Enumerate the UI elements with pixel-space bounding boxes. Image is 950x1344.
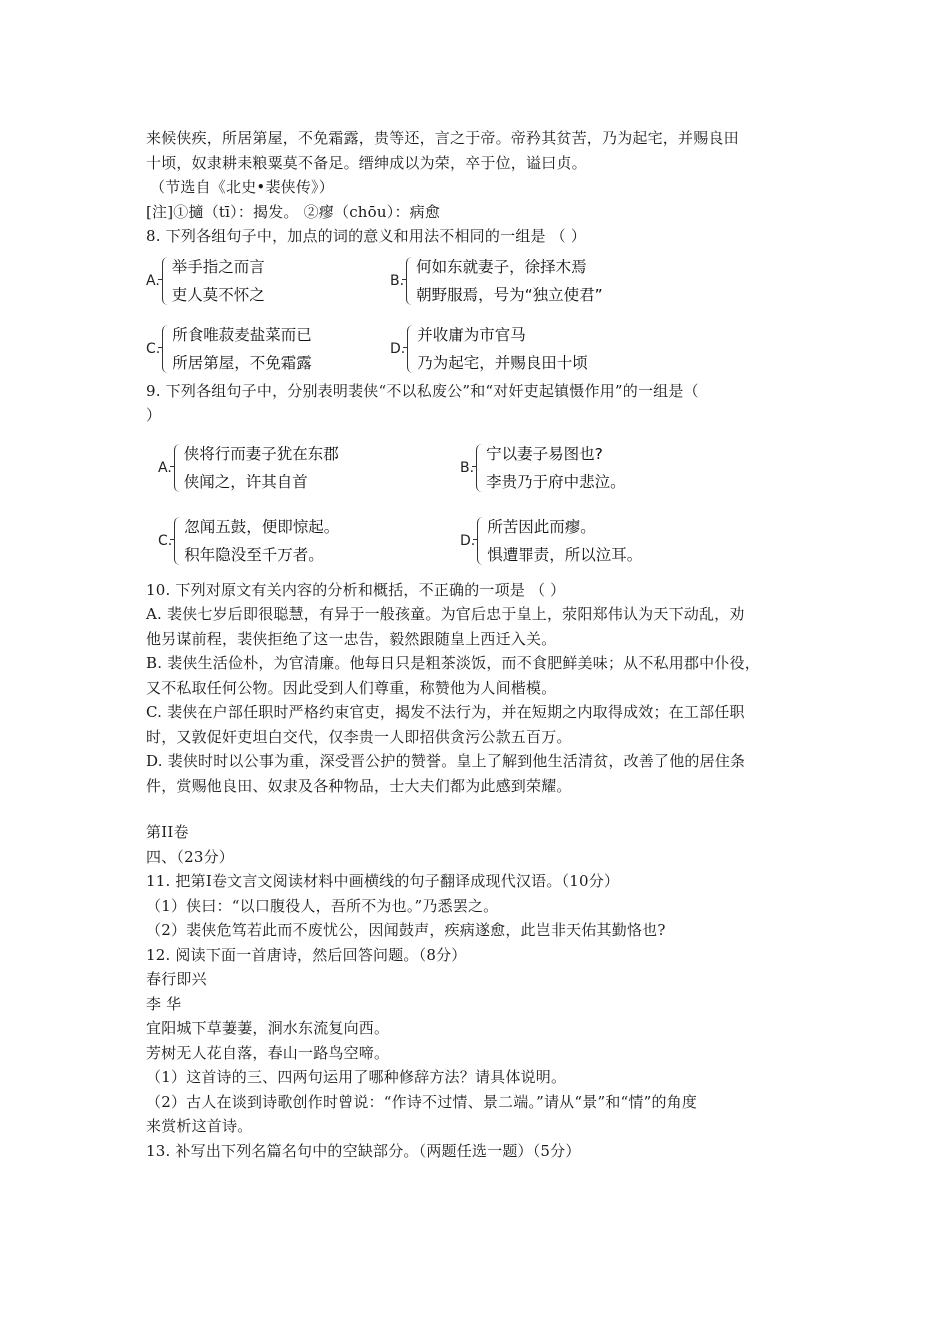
exam-page: 来候侠疾，所居第屋，不免霜露，贵等还，言之于帝。帝矜其贫苦，乃为起宅，并赐良田 … (146, 126, 826, 1163)
question-11: 11. 把第I卷文言文阅读材料中画横线的句子翻译成现代汉语。（10分） （1）侠… (146, 869, 826, 943)
q8-option-b[interactable]: B. 何如东就妻子，徐择木焉 朝野服焉，号为“独立使君” (390, 253, 603, 309)
q12-item-cont: 来赏析这首诗。 (146, 1114, 826, 1139)
brace-icon (476, 444, 483, 492)
question-9-stem-cont: ） (146, 403, 826, 428)
question-8: 8. 下列各组句子中，加点的词的意义和用法不相同的一组是 （ ） A. 举手指之… (146, 224, 826, 379)
q10-option-c-cont: 时，又敦促奸吏坦白交代，仅李贵一人即招供贪污公款五百万。 (146, 725, 826, 750)
option-label: A. (158, 460, 172, 476)
option-line: 所苦因此而瘳。 (487, 513, 642, 541)
option-line: 朝野服焉，号为“独立使君” (416, 281, 603, 309)
brace-icon (407, 325, 414, 373)
question-10: 10. 下列对原文有关内容的分析和概括，不正确的一项是 （ ） A. 裴侠七岁后… (146, 578, 826, 799)
poem-line: 芳树无人花自落，春山一路鸟空啼。 (146, 1041, 826, 1066)
option-label: B. (390, 273, 404, 289)
brace-icon (174, 444, 181, 492)
option-line: 侠将行而妻子犹在东郡 (184, 440, 339, 468)
passage-source: （节选自《北史•裴侠传》） (146, 175, 826, 200)
q10-option-c: C. 裴侠在户部任职时严格约束官吏，揭发不法行为，并在短期之内取得成效；在工部任… (146, 700, 826, 725)
question-12-stem: 12. 阅读下面一首唐诗，然后回答问题。（8分） (146, 943, 826, 968)
option-label: D. (390, 341, 405, 357)
passage-line: 来候侠疾，所居第屋，不免霜露，贵等还，言之于帝。帝矜其贫苦，乃为起宅，并赐良田 (146, 126, 826, 151)
option-line: 吏人莫不怀之 (172, 281, 265, 309)
passage-line: 十顷，奴隶耕耒粮粟莫不备足。缙绅成以为荣，卒于位，谥曰贞。 (146, 151, 826, 176)
question-9-stem: 9. 下列各组句子中，分别表明裴侠“不以私废公”和“对奸吏起镇慑作用”的一组是（ (146, 379, 826, 404)
q9-option-b[interactable]: B. 宁以妻子易图也? 李贵乃于府中悲泣。 (460, 440, 626, 496)
option-line: 何如东就妻子，徐择木焉 (416, 253, 603, 281)
option-line: 侠闻之，许其自首 (184, 468, 339, 496)
question-12: 12. 阅读下面一首唐诗，然后回答问题。（8分） 春行即兴 李 华 宜阳城下草萋… (146, 943, 826, 1139)
part-two-title: 第II卷 (146, 820, 826, 845)
brace-icon (406, 257, 413, 305)
question-10-stem: 10. 下列对原文有关内容的分析和概括，不正确的一项是 （ ） (146, 578, 826, 603)
option-line: 宁以妻子易图也? (486, 440, 626, 468)
q10-option-a-cont: 他另谋前程，裴侠拒绝了这一忠告，毅然跟随皇上西迁入关。 (146, 627, 826, 652)
brace-icon (174, 517, 181, 565)
q10-option-b: B. 裴侠生活俭朴，为官清廉。他每日只是粗茶淡饭，而不食肥鲜美味；从不私用郡中仆… (146, 651, 826, 676)
q8-option-d[interactable]: D. 并收庸为市官马 乃为起宅，并赐良田十顷 (390, 321, 588, 377)
option-line: 所居第屋，不免霜露 (172, 349, 312, 377)
option-line: 忽闻五鼓，便即惊起。 (184, 513, 339, 541)
question-8-stem: 8. 下列各组句子中，加点的词的意义和用法不相同的一组是 （ ） (146, 224, 826, 249)
option-label: D. (460, 533, 475, 549)
question-11-stem: 11. 把第I卷文言文阅读材料中画横线的句子翻译成现代汉语。（10分） (146, 869, 826, 894)
option-line: 所食唯菽麦盐菜而已 (172, 321, 312, 349)
brace-icon (162, 257, 169, 305)
question-13-stem: 13. 补写出下列名篇名句中的空缺部分。（两题任选一题）（5分） (146, 1139, 826, 1164)
option-label: A. (146, 273, 160, 289)
q8-option-c[interactable]: C. 所食唯菽麦盐菜而已 所居第屋，不免霜露 (146, 321, 312, 377)
q9-option-d[interactable]: D. 所苦因此而瘳。 惧遭罪责，所以泣耳。 (460, 513, 642, 569)
option-line: 李贵乃于府中悲泣。 (486, 468, 626, 496)
q10-option-a: A. 裴侠七岁后即很聪慧，有异于一般孩童。为官后忠于皇上，荥阳郑伟认为天下动乱，… (146, 602, 826, 627)
brace-icon (477, 517, 484, 565)
option-line: 积年隐没至千万者。 (184, 541, 339, 569)
part-two: 第II卷 四、（23分） 11. 把第I卷文言文阅读材料中画横线的句子翻译成现代… (146, 820, 826, 1163)
q11-item: （2）裴侠危笃若此而不废忧公，因闻鼓声，疾病遂愈，此岂非天佑其勤恪也? (146, 918, 826, 943)
q9-option-a[interactable]: A. 侠将行而妻子犹在东郡 侠闻之，许其自首 (158, 440, 339, 496)
option-line: 并收庸为市官马 (417, 321, 588, 349)
poem-author: 李 华 (146, 992, 826, 1017)
poem-line: 宜阳城下草萋萋，涧水东流复向西。 (146, 1016, 826, 1041)
q12-item: （2）古人在谈到诗歌创作时曾说：“作诗不过情、景二端。”请从“景”和“情”的角度 (146, 1090, 826, 1115)
option-line: 惧遭罪责，所以泣耳。 (487, 541, 642, 569)
question-13: 13. 补写出下列名篇名句中的空缺部分。（两题任选一题）（5分） (146, 1139, 826, 1164)
q12-item: （1）这首诗的三、四两句运用了哪种修辞方法？请具体说明。 (146, 1065, 826, 1090)
question-9-options: A. 侠将行而妻子犹在东郡 侠闻之，许其自首 B. 宁以妻子易图也? 李贵乃于府… (146, 428, 826, 578)
q10-option-b-cont: 又不私取任何公物。因此受到人们尊重，称赞他为人间楷模。 (146, 676, 826, 701)
brace-icon (162, 325, 169, 373)
option-label: B. (460, 460, 474, 476)
q11-item: （1）侠曰：“以口腹役人，吾所不为也。”乃悉罢之。 (146, 894, 826, 919)
q10-option-d-cont: 件，赏赐他良田、奴隶及各种物品，士大夫们都为此感到荣耀。 (146, 774, 826, 799)
option-label: C. (146, 341, 160, 357)
question-9: 9. 下列各组句子中，分别表明裴侠“不以私废公”和“对奸吏起镇慑作用”的一组是（… (146, 379, 826, 578)
poem-title: 春行即兴 (146, 967, 826, 992)
q8-option-a[interactable]: A. 举手指之而言 吏人莫不怀之 (146, 253, 265, 309)
option-line: 乃为起宅，并赐良田十顷 (417, 349, 588, 377)
q9-option-c[interactable]: C. 忽闻五鼓，便即惊起。 积年隐没至千万者。 (158, 513, 339, 569)
passage-section: 来候侠疾，所居第屋，不免霜露，贵等还，言之于帝。帝矜其贫苦，乃为起宅，并赐良田 … (146, 126, 826, 224)
question-8-options: A. 举手指之而言 吏人莫不怀之 B. 何如东就妻子，徐择木焉 朝野服焉，号为“… (146, 249, 826, 379)
q10-option-d: D. 裴侠时时以公事为重，深受晋公护的赞誉。皇上了解到他生活清贫，改善了他的居住… (146, 749, 826, 774)
passage-note: [注]①擿（tī）：揭发。 ②瘳（chōu）：病愈 (146, 200, 826, 225)
section-four-heading: 四、（23分） (146, 845, 826, 870)
option-label: C. (158, 533, 172, 549)
option-line: 举手指之而言 (172, 253, 265, 281)
